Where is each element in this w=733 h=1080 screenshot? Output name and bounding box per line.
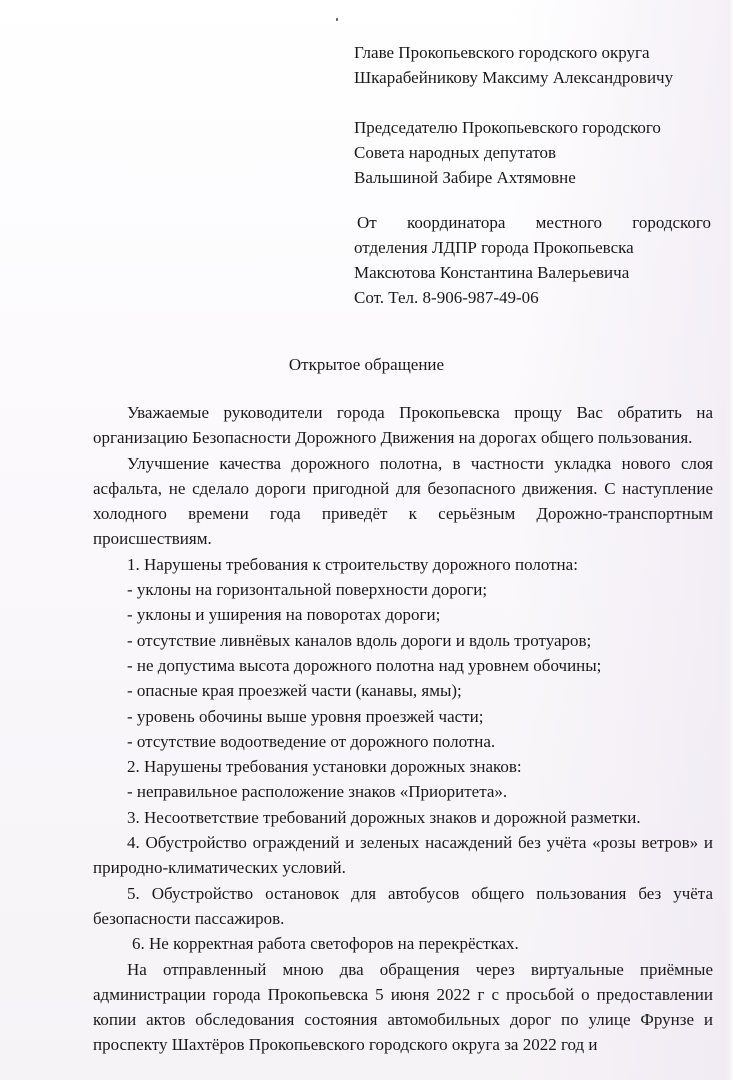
document-title: Открытое обращение: [0, 352, 733, 377]
addressee-line: Совета народных депутатов: [354, 140, 714, 165]
issue-subitem: - уровень обочины выше уровня проезжей ч…: [93, 704, 713, 729]
issue-item-4: 4. Обустройство ограждений и зеленых нас…: [93, 830, 713, 881]
issue-subitem: - не допустима высота дорожного полотна …: [93, 653, 713, 678]
addressee-line: Вальшиной Забире Ахтямовне: [354, 165, 714, 190]
addressee-council-chair: Председателю Прокопьевского городского С…: [354, 115, 714, 190]
issue-item-1: 1. Нарушены требования к строительству д…: [93, 552, 713, 577]
addressee-line: Главе Прокопьевского городского округа: [354, 40, 714, 65]
addressee-head-of-city: Главе Прокопьевского городского округа Ш…: [354, 40, 714, 90]
intro-paragraph: Улучшение качества дорожного полотна, в …: [93, 451, 713, 552]
addressee-line: Председателю Прокопьевского городского: [354, 115, 714, 140]
sender-line: отделения ЛДПР города Прокопьевска: [354, 235, 714, 260]
issue-subitem: - неправильное расположение знаков «Прио…: [93, 779, 713, 804]
issue-subitem: - отсутствие водоотведение от дорожного …: [93, 729, 713, 754]
letter-body: Уважаемые руководители города Прокопьевс…: [93, 400, 713, 1058]
issue-item-5: 5. Обустройство остановок для автобусов …: [93, 881, 713, 932]
issue-subitem: - уклоны на горизонтальной поверхности д…: [93, 577, 713, 602]
closing-paragraph: На отправленный мною два обращения через…: [93, 957, 713, 1058]
sender-line: От координатора местного городского: [354, 210, 711, 235]
sender-phone: Сот. Тел. 8-906-987-49-06: [354, 285, 714, 310]
issue-subitem: - уклоны и уширения на поворотах дороги;: [93, 602, 713, 627]
issue-item-2: 2. Нарушены требования установки дорожны…: [93, 754, 713, 779]
addressee-line: Шкарабейникову Максиму Александровичу: [354, 65, 714, 90]
scan-speck: [336, 18, 338, 21]
sender-block: От координатора местного городского отде…: [354, 210, 714, 310]
intro-paragraph: Уважаемые руководители города Прокопьевс…: [93, 400, 713, 451]
issue-item-6: 6. Не корректная работа светофоров на пе…: [93, 931, 713, 956]
issue-item-3: 3. Несоответствие требований дорожных зн…: [93, 805, 713, 830]
sender-line: Максютова Константина Валерьевича: [354, 260, 714, 285]
issue-subitem: - опасные края проезжей части (канавы, я…: [93, 678, 713, 703]
scan-edge-shadow: [723, 0, 733, 1080]
issue-subitem: - отсутствие ливнёвых каналов вдоль доро…: [93, 628, 713, 653]
scanned-page: Главе Прокопьевского городского округа Ш…: [0, 0, 733, 1080]
